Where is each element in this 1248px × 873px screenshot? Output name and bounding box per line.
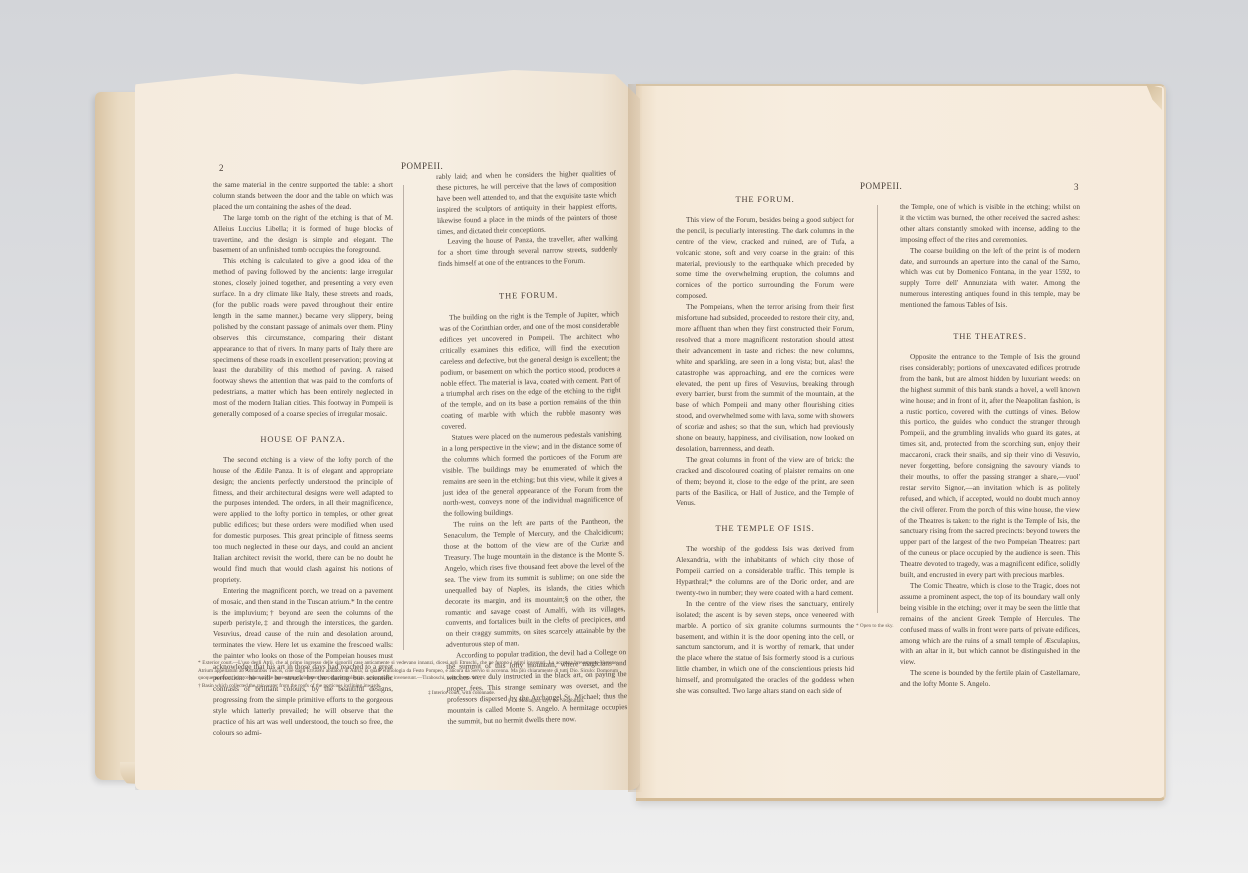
left-column-1: the same material in the centre supporte… <box>213 180 393 738</box>
footnote-right: * Open to the sky. <box>856 623 894 629</box>
page-number-left: 2 <box>219 163 224 173</box>
column-divider <box>403 185 404 650</box>
paragraph: The scene is bounded by the fertile plai… <box>900 668 1080 690</box>
right-column-2: the Temple, one of which is visible in t… <box>900 202 1080 690</box>
footnote: ‡ Interior court, with colonnade. <box>198 690 618 698</box>
heading-the-forum: THE FORUM. <box>676 194 854 205</box>
paragraph: The coarse building on the left of the p… <box>900 246 1080 311</box>
footnote: † Basin which collected the rain-water f… <box>198 683 618 691</box>
column-divider <box>877 205 878 613</box>
paragraph: The large tomb on the right of the etchi… <box>213 213 393 257</box>
paragraph: The worship of the goddess Isis was deri… <box>676 544 854 599</box>
paragraph: The second etching is a view of the loft… <box>213 455 393 586</box>
paragraph: Statues were placed on the numerous pede… <box>441 429 623 520</box>
footnotes-left: * Exterior court.—L'uso degli Atrii, che… <box>198 660 618 706</box>
footnote: * Exterior court.—L'uso degli Atrii, che… <box>198 660 618 683</box>
left-column-2: rably laid; and when he considers the hi… <box>436 168 628 727</box>
open-book: POMPEII. 3 THE FORUM. This view of the F… <box>0 0 1248 873</box>
paragraph: The ruins on the left are parts of the P… <box>443 516 626 651</box>
paragraph: The great columns in front of the view a… <box>676 455 854 510</box>
running-head-left: POMPEII. <box>401 161 443 171</box>
footnote: § La Montagna, says the Neapolitan. <box>198 698 618 706</box>
paragraph: Opposite the entrance to the Temple of I… <box>900 352 1080 581</box>
paragraph: This etching is calculated to give a goo… <box>213 256 393 420</box>
book-gutter <box>628 84 642 792</box>
right-column-1: THE FORUM. This view of the Forum, besid… <box>676 192 854 697</box>
paragraph: In the centre of the view rises the sanc… <box>676 599 854 697</box>
heading-house-of-panza: HOUSE OF PANZA. <box>213 434 393 445</box>
running-head-right: POMPEII. <box>860 181 902 191</box>
paragraph: the same material in the centre supporte… <box>213 180 393 213</box>
heading-the-forum: THE FORUM. <box>439 288 619 303</box>
paragraph: The Pompeians, when the terror arising f… <box>676 302 854 455</box>
heading-temple-of-isis: THE TEMPLE OF ISIS. <box>676 523 854 534</box>
paragraph: rably laid; and when he considers the hi… <box>436 168 617 237</box>
paragraph: Leaving the house of Panza, the travelle… <box>437 234 618 270</box>
paragraph: The Comic Theatre, which is close to the… <box>900 581 1080 668</box>
paragraph: the Temple, one of which is visible in t… <box>900 202 1080 246</box>
page-number-right: 3 <box>1074 182 1079 192</box>
paragraph: This view of the Forum, besides being a … <box>676 215 854 302</box>
paragraph: The building on the right is the Temple … <box>439 309 621 433</box>
heading-the-theatres: THE THEATRES. <box>900 331 1080 342</box>
